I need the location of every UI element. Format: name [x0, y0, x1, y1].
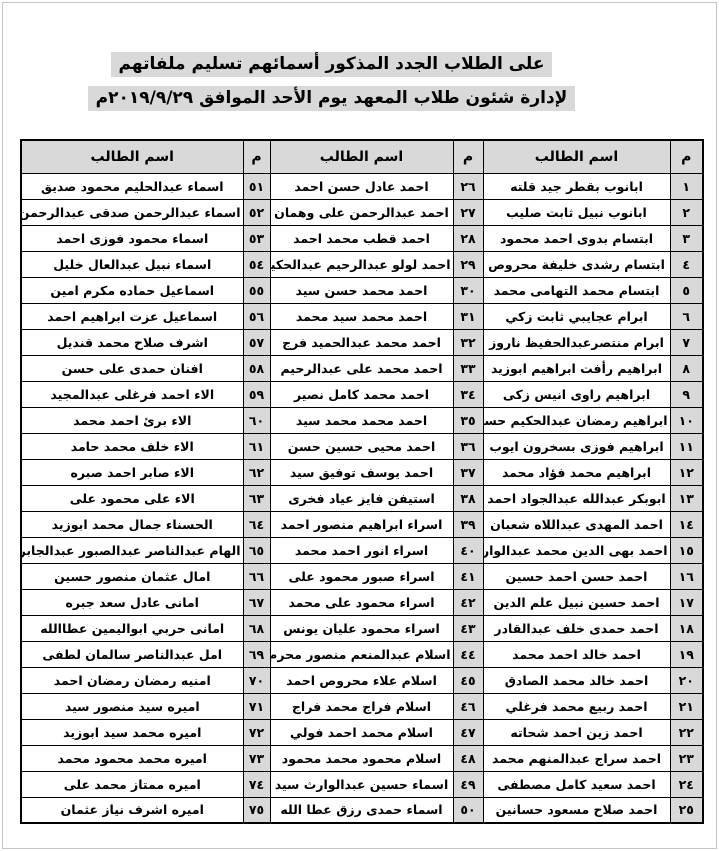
- student-name-cell: احمد ربيع محمد فرغلي: [483, 693, 670, 719]
- student-name-cell: اميره محمد محمود محمد: [21, 745, 243, 771]
- column-header-number: م: [243, 140, 270, 173]
- student-name-cell: ابانوب نبيل ثابت صليب: [483, 199, 670, 225]
- row-number-cell: ٦١: [243, 433, 270, 459]
- student-name-cell: امال عثمان منصور حسين: [21, 563, 243, 589]
- student-name-cell: اميره ممتاز محمد على: [21, 771, 243, 797]
- table-row: ٥ابتسام محمد التهامى محمد٣٠احمد محمد حسن…: [21, 277, 703, 303]
- row-number-cell: ٦٧: [243, 589, 270, 615]
- document-title-line-2: لإدارة شئون طلاب المعهد يوم الأحد المواف…: [88, 86, 576, 111]
- student-name-cell: ابتسام رشدى خليفة محروص: [483, 251, 670, 277]
- table-row: ١٣ابوبكر عبدالله عبدالجواد احمد٣٨استيفن …: [21, 485, 703, 511]
- table-row: ٩ابراهيم راوى انيس زكى٣٤احمد محمد كامل ن…: [21, 381, 703, 407]
- student-name-cell: احمد محمد حسن سيد: [270, 277, 453, 303]
- row-number-cell: ٢٠: [670, 667, 703, 693]
- student-name-cell: افنان حمدى على حسن: [21, 355, 243, 381]
- row-number-cell: ٦٩: [243, 641, 270, 667]
- student-name-cell: اشرف صلاح محمد قنديل: [21, 329, 243, 355]
- student-name-cell: احمد حسين نبيل علم الدين: [483, 589, 670, 615]
- student-name-cell: اسلام محمد احمد فولي: [270, 719, 453, 745]
- student-name-cell: احمد محمد عبدالحميد فرج: [270, 329, 453, 355]
- row-number-cell: ٢٣: [670, 745, 703, 771]
- student-name-cell: اسماء نبيل عبدالعال خليل: [21, 251, 243, 277]
- row-number-cell: ٥٠: [453, 797, 483, 823]
- row-number-cell: ١٦: [670, 563, 703, 589]
- row-number-cell: ٢٨: [453, 225, 483, 251]
- student-name-cell: استيفن فايز عياد فخرى: [270, 485, 453, 511]
- row-number-cell: ٣٠: [453, 277, 483, 303]
- row-number-cell: ٢٤: [670, 771, 703, 797]
- student-name-cell: اسلام عبدالمنعم منصور محرم: [270, 641, 453, 667]
- table-row: ٣ابتسام بدوى احمد محمود٢٨احمد قطب محمد ا…: [21, 225, 703, 251]
- student-roster-table: م اسم الطالب م اسم الطالب م اسم الطالب ١…: [20, 139, 704, 824]
- row-number-cell: ١٥: [670, 537, 703, 563]
- student-name-cell: اسماعيل حماده مكرم امين: [21, 277, 243, 303]
- student-name-cell: احمد محيى حسين حسن: [270, 433, 453, 459]
- student-name-cell: ابرام منتصرعبدالحفيظ ناروز: [483, 329, 670, 355]
- row-number-cell: ٥٨: [243, 355, 270, 381]
- row-number-cell: ٧٤: [243, 771, 270, 797]
- table-row: ١٧احمد حسين نبيل علم الدين٤٢اسراء محمود …: [21, 589, 703, 615]
- student-name-cell: ابتسام بدوى احمد محمود: [483, 225, 670, 251]
- student-name-cell: ابانوب بقطر جيد قلته: [483, 173, 670, 199]
- student-name-cell: احمد زين احمد شحاته: [483, 719, 670, 745]
- student-name-cell: اسماء محمود فوزى احمد: [21, 225, 243, 251]
- student-name-cell: احمد محمد كامل نصير: [270, 381, 453, 407]
- table-row: ٦ابرام عجايبي ثابت زكي٣١احمد محمد سيد مح…: [21, 303, 703, 329]
- row-number-cell: ٣٢: [453, 329, 483, 355]
- student-name-cell: اميره محمد سيد ابوزيد: [21, 719, 243, 745]
- row-number-cell: ٤٦: [453, 693, 483, 719]
- row-number-cell: ٤١: [453, 563, 483, 589]
- row-number-cell: ٦: [670, 303, 703, 329]
- row-number-cell: ٥٤: [243, 251, 270, 277]
- table-row: ٤ابتسام رشدى خليفة محروص٢٩احمد لولو عبدا…: [21, 251, 703, 277]
- student-name-cell: ابراهيم رمضان عبدالحكيم حسن: [483, 407, 670, 433]
- row-number-cell: ١٩: [670, 641, 703, 667]
- row-number-cell: ١٣: [670, 485, 703, 511]
- table-row: ١٤احمد المهدى عبداللاه شعبان٣٩اسراء ابرا…: [21, 511, 703, 537]
- row-number-cell: ٣٤: [453, 381, 483, 407]
- row-number-cell: ١٢: [670, 459, 703, 485]
- row-number-cell: ٦٣: [243, 485, 270, 511]
- table-row: ٢٣احمد سراج عبدالمنهم محمد٤٨اسلام محمود …: [21, 745, 703, 771]
- title-block-inner: على الطلاب الجدد المذكور أسمائهم تسليم م…: [0, 52, 691, 111]
- table-row: ٨ابراهيم رأفت ابراهيم ابوزيد٣٣احمد محمد …: [21, 355, 703, 381]
- row-number-cell: ١: [670, 173, 703, 199]
- student-name-cell: احمد بهى الدين محمد عبدالوارث: [483, 537, 670, 563]
- student-name-cell: اسلام محمود محمد محمود: [270, 745, 453, 771]
- student-name-cell: احمد عادل حسن احمد: [270, 173, 453, 199]
- row-number-cell: ٣٥: [453, 407, 483, 433]
- row-number-cell: ٢٧: [453, 199, 483, 225]
- student-name-cell: احمد سراج عبدالمنهم محمد: [483, 745, 670, 771]
- student-name-cell: ابراهيم راوى انيس زكى: [483, 381, 670, 407]
- table-row: ٢٥احمد صلاح مسعود حسانين٥٠اسماء حمدى رزق…: [21, 797, 703, 823]
- student-name-cell: اسماء عبدالرحمن صدقى عبدالرحمن: [21, 199, 243, 225]
- student-name-cell: ابتسام محمد التهامى محمد: [483, 277, 670, 303]
- row-number-cell: ٤٤: [453, 641, 483, 667]
- student-name-cell: اميره اشرف نياز عثمان: [21, 797, 243, 823]
- student-name-cell: احمد عبدالرحمن على وهمان: [270, 199, 453, 225]
- table-row: ١ابانوب بقطر جيد قلته٢٦احمد عادل حسن احم…: [21, 173, 703, 199]
- student-name-cell: امانى عادل سعد جبره: [21, 589, 243, 615]
- row-number-cell: ٨: [670, 355, 703, 381]
- title-block: على الطلاب الجدد المذكور أسمائهم تسليم م…: [0, 52, 719, 120]
- table-header-row: م اسم الطالب م اسم الطالب م اسم الطالب: [21, 140, 703, 173]
- row-number-cell: ٣٦: [453, 433, 483, 459]
- row-number-cell: ٥٣: [243, 225, 270, 251]
- row-number-cell: ٧٠: [243, 667, 270, 693]
- student-name-cell: اسماء حمدى رزق عطا الله: [270, 797, 453, 823]
- table-row: ٢٢احمد زين احمد شحاته٤٧اسلام محمد احمد ف…: [21, 719, 703, 745]
- row-number-cell: ٢٢: [670, 719, 703, 745]
- student-name-cell: احمد محمد سيد محمد: [270, 303, 453, 329]
- student-name-cell: احمد المهدى عبداللاه شعبان: [483, 511, 670, 537]
- student-name-cell: احمد صلاح مسعود حسانين: [483, 797, 670, 823]
- row-number-cell: ٦٠: [243, 407, 270, 433]
- column-header-student-name: اسم الطالب: [483, 140, 670, 173]
- row-number-cell: ٧٥: [243, 797, 270, 823]
- table-body: ١ابانوب بقطر جيد قلته٢٦احمد عادل حسن احم…: [21, 173, 703, 823]
- student-name-cell: اسماء حسين عبدالوارث سيد: [270, 771, 453, 797]
- student-name-cell: الاء برئ احمد محمد: [21, 407, 243, 433]
- row-number-cell: ٧٣: [243, 745, 270, 771]
- student-name-cell: احمد لولو عبدالرحيم عبدالحكيم: [270, 251, 453, 277]
- student-name-cell: اسماء عبدالحليم محمود صديق: [21, 173, 243, 199]
- row-number-cell: ٤٠: [453, 537, 483, 563]
- table-row: ١٥احمد بهى الدين محمد عبدالوارث٤٠اسراء ا…: [21, 537, 703, 563]
- row-number-cell: ٣٩: [453, 511, 483, 537]
- student-name-cell: اسراء محمود على محمد: [270, 589, 453, 615]
- row-number-cell: ٢: [670, 199, 703, 225]
- row-number-cell: ٢٩: [453, 251, 483, 277]
- row-number-cell: ٤٨: [453, 745, 483, 771]
- student-name-cell: ابراهيم فوزى بسخرون ايوب: [483, 433, 670, 459]
- student-name-cell: احمد حمدى خلف عبدالقادر: [483, 615, 670, 641]
- student-name-cell: ابراهيم محمد فؤاد محمد: [483, 459, 670, 485]
- student-name-cell: امانى حربي ابواليمين عطاالله: [21, 615, 243, 641]
- student-name-cell: الحسناء جمال محمد ابوزيد: [21, 511, 243, 537]
- student-name-cell: احمد قطب محمد احمد: [270, 225, 453, 251]
- row-number-cell: ٦٨: [243, 615, 270, 641]
- row-number-cell: ١٧: [670, 589, 703, 615]
- student-name-cell: احمد محمد محمد سيد: [270, 407, 453, 433]
- row-number-cell: ٣١: [453, 303, 483, 329]
- student-name-cell: احمد سعيد كامل مصطفى: [483, 771, 670, 797]
- row-number-cell: ٥٩: [243, 381, 270, 407]
- student-name-cell: اسراء محمود عليان يونس: [270, 615, 453, 641]
- row-number-cell: ٧١: [243, 693, 270, 719]
- row-number-cell: ٦٦: [243, 563, 270, 589]
- row-number-cell: ٣٣: [453, 355, 483, 381]
- student-name-cell: اسراء ابراهيم منصور احمد: [270, 511, 453, 537]
- table-row: ٢٠احمد خالد محمد الصادق٤٥اسلام علاء محرو…: [21, 667, 703, 693]
- column-header-number: م: [453, 140, 483, 173]
- row-number-cell: ١٠: [670, 407, 703, 433]
- row-number-cell: ٦٢: [243, 459, 270, 485]
- table-row: ١٨احمد حمدى خلف عبدالقادر٤٣اسراء محمود ع…: [21, 615, 703, 641]
- document-title-line-1: على الطلاب الجدد المذكور أسمائهم تسليم م…: [111, 52, 553, 77]
- student-name-cell: امل عبدالناصر سالمان لطفى: [21, 641, 243, 667]
- row-number-cell: ٣٧: [453, 459, 483, 485]
- student-name-cell: اسلام فراج محمد فراج: [270, 693, 453, 719]
- table-row: ٢١احمد ربيع محمد فرغلي٤٦اسلام فراج محمد …: [21, 693, 703, 719]
- student-name-cell: اسراء صبور محمود على: [270, 563, 453, 589]
- student-name-cell: الاء احمد فرغلى عبدالمجيد: [21, 381, 243, 407]
- student-name-cell: احمد يوسف توفيق سيد: [270, 459, 453, 485]
- row-number-cell: ٥١: [243, 173, 270, 199]
- table-row: ٧ابرام منتصرعبدالحفيظ ناروز٣٢احمد محمد ع…: [21, 329, 703, 355]
- row-number-cell: ١٨: [670, 615, 703, 641]
- table-row: ١٦احمد حسن احمد حسين٤١اسراء صبور محمود ع…: [21, 563, 703, 589]
- student-name-cell: امنيه رمضان رمضان احمد: [21, 667, 243, 693]
- row-number-cell: ١١: [670, 433, 703, 459]
- row-number-cell: ٤: [670, 251, 703, 277]
- row-number-cell: ٥٥: [243, 277, 270, 303]
- row-number-cell: ٩: [670, 381, 703, 407]
- table-row: ١٩احمد خالد احمد محمد٤٤اسلام عبدالمنعم م…: [21, 641, 703, 667]
- scanned-document-page: { "colors":{"highlight":"#d9d9d9","cell_…: [0, 0, 719, 851]
- column-header-student-name: اسم الطالب: [21, 140, 243, 173]
- row-number-cell: ٤٢: [453, 589, 483, 615]
- row-number-cell: ٣: [670, 225, 703, 251]
- row-number-cell: ٢٥: [670, 797, 703, 823]
- row-number-cell: ٧: [670, 329, 703, 355]
- row-number-cell: ٢٦: [453, 173, 483, 199]
- row-number-cell: ٥: [670, 277, 703, 303]
- row-number-cell: ٢١: [670, 693, 703, 719]
- row-number-cell: ٤٧: [453, 719, 483, 745]
- row-number-cell: ٥٦: [243, 303, 270, 329]
- row-number-cell: ٤٥: [453, 667, 483, 693]
- student-name-cell: احمد محمد على عبدالرحيم: [270, 355, 453, 381]
- student-name-cell: اميره سيد منصور سيد: [21, 693, 243, 719]
- table-row: ٢ابانوب نبيل ثابت صليب٢٧احمد عبدالرحمن ع…: [21, 199, 703, 225]
- row-number-cell: ٥٢: [243, 199, 270, 225]
- student-name-cell: الهام عبدالناصر عبدالصبور عبدالجابر: [21, 537, 243, 563]
- student-name-cell: اسلام علاء محروص احمد: [270, 667, 453, 693]
- row-number-cell: ٤٣: [453, 615, 483, 641]
- student-name-cell: الاء صابر احمد صبره: [21, 459, 243, 485]
- row-number-cell: ٣٨: [453, 485, 483, 511]
- table-row: ١٢ابراهيم محمد فؤاد محمد٣٧احمد يوسف توفي…: [21, 459, 703, 485]
- row-number-cell: ٦٥: [243, 537, 270, 563]
- table-row: ١٠ابراهيم رمضان عبدالحكيم حسن٣٥احمد محمد…: [21, 407, 703, 433]
- row-number-cell: ٥٧: [243, 329, 270, 355]
- column-header-student-name: اسم الطالب: [270, 140, 453, 173]
- table-row: ١١ابراهيم فوزى بسخرون ايوب٣٦احمد محيى حس…: [21, 433, 703, 459]
- student-name-cell: احمد حسن احمد حسين: [483, 563, 670, 589]
- row-number-cell: ٦٤: [243, 511, 270, 537]
- student-name-cell: ابوبكر عبدالله عبدالجواد احمد: [483, 485, 670, 511]
- student-name-cell: الاء خلف محمد حامد: [21, 433, 243, 459]
- row-number-cell: ٤٩: [453, 771, 483, 797]
- table-row: ٢٤احمد سعيد كامل مصطفى٤٩اسماء حسين عبدال…: [21, 771, 703, 797]
- student-name-cell: اسراء انور احمد محمد: [270, 537, 453, 563]
- student-name-cell: ابراهيم رأفت ابراهيم ابوزيد: [483, 355, 670, 381]
- row-number-cell: ١٤: [670, 511, 703, 537]
- student-name-cell: الاء على محمود على: [21, 485, 243, 511]
- student-name-cell: اسماعيل عزت ابراهيم احمد: [21, 303, 243, 329]
- row-number-cell: ٧٢: [243, 719, 270, 745]
- column-header-number: م: [670, 140, 703, 173]
- student-name-cell: احمد خالد محمد الصادق: [483, 667, 670, 693]
- student-name-cell: ابرام عجايبي ثابت زكي: [483, 303, 670, 329]
- student-name-cell: احمد خالد احمد محمد: [483, 641, 670, 667]
